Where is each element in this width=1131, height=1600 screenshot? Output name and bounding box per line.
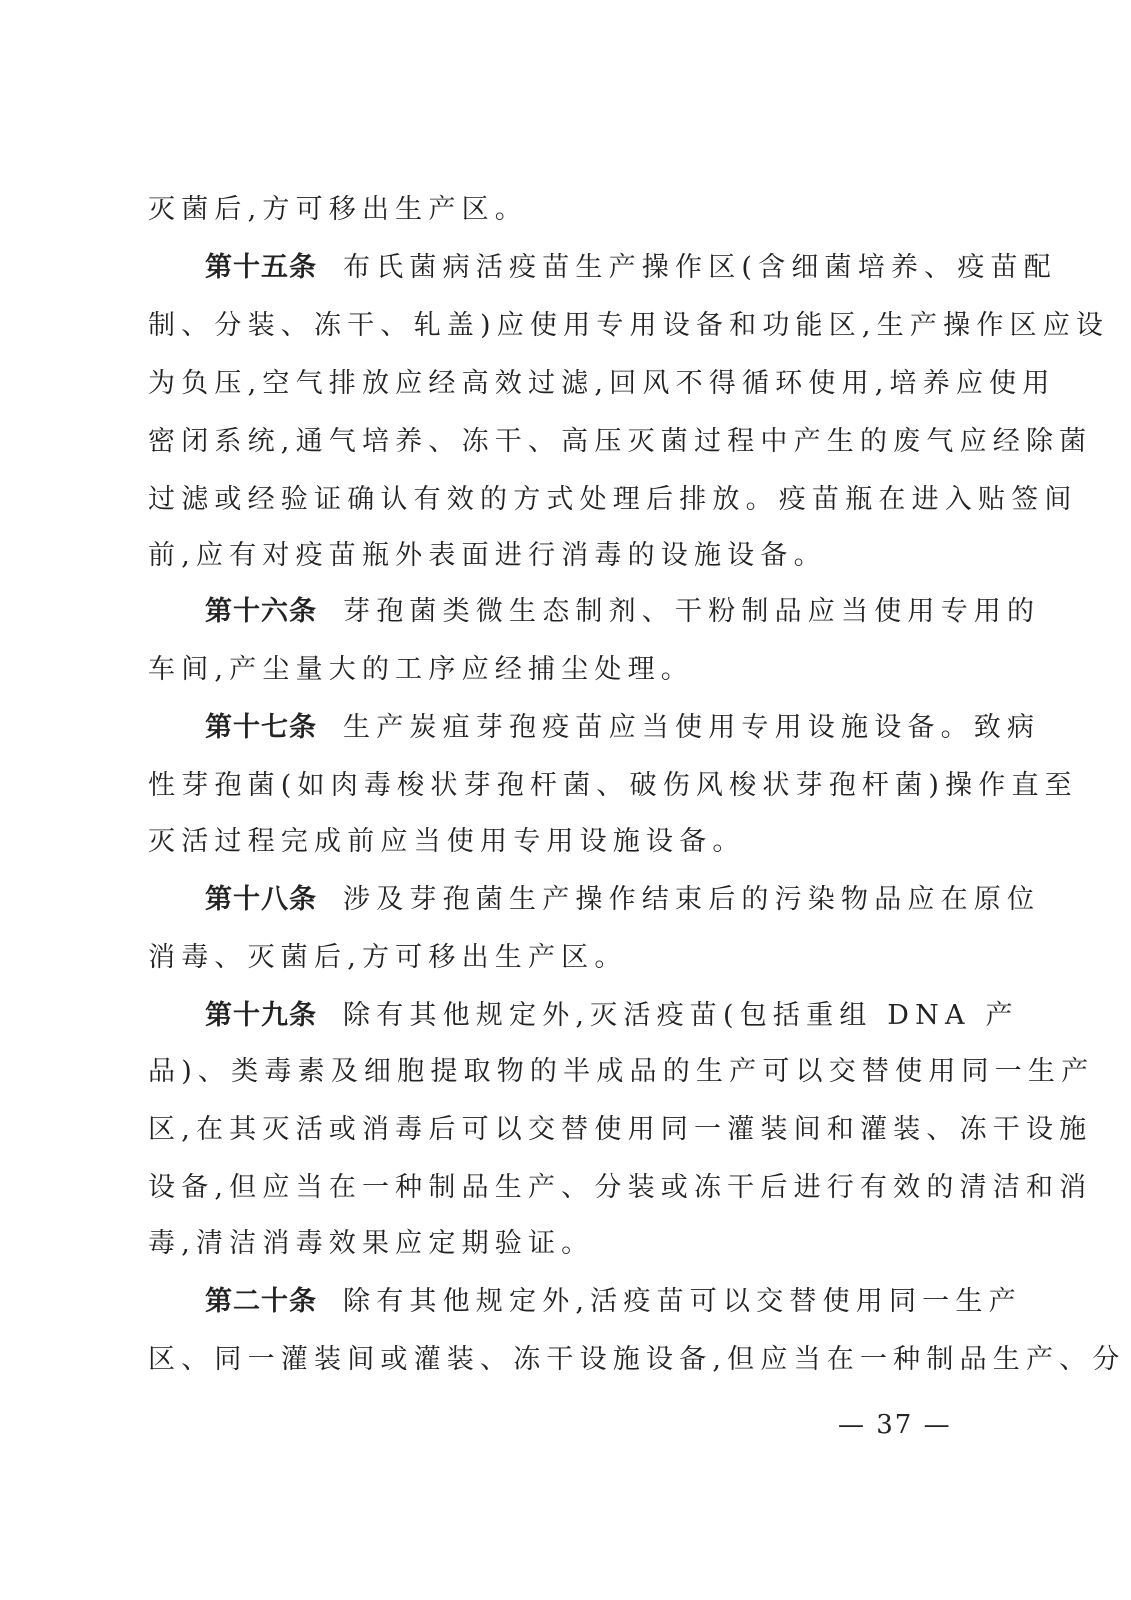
text-line: 密闭系统,通气培养、冻干、高压灭菌过程中产生的废气应经除菌 [148, 424, 968, 460]
page-number: — 37 — [838, 1410, 952, 1440]
article-15: 第十五条布氏菌病活疫苗生产操作区(含细菌培养、疫苗配 [205, 250, 1025, 286]
text-line: 灭活过程完成前应当使用专用设施设备。 [148, 824, 968, 860]
article-heading: 第十八条 [205, 884, 317, 915]
text-line: 消毒、灭菌后,方可移出生产区。 [148, 940, 968, 976]
article-heading: 第十七条 [205, 712, 317, 743]
text-line: 区、同一灌装间或灌装、冻干设施设备,但应当在一种制品生产、分 [148, 1342, 968, 1378]
article-19: 第十九条除有其他规定外,灭活疫苗(包括重组 DNA 产 [205, 998, 1025, 1034]
article-heading: 第二十条 [205, 1286, 317, 1317]
text-line: 车间,产尘量大的工序应经捕尘处理。 [148, 652, 968, 688]
article-18: 第十八条涉及芽孢菌生产操作结束后的污染物品应在原位 [205, 882, 1025, 918]
text-line: 过滤或经验证确认有效的方式处理后排放。疫苗瓶在进入贴签间 [148, 482, 968, 518]
text-line: 为负压,空气排放应经高效过滤,回风不得循环使用,培养应使用 [148, 366, 968, 402]
article-16: 第十六条芽孢菌类微生态制剂、干粉制品应当使用专用的 [205, 594, 1025, 630]
text-line: 毒,清洁消毒效果应定期验证。 [148, 1226, 968, 1262]
article-heading: 第十九条 [205, 1000, 317, 1031]
article-heading: 第十六条 [205, 596, 317, 627]
text-line: 区,在其灭活或消毒后可以交替使用同一灌装间和灌装、冻干设施 [148, 1112, 968, 1148]
text-line: 品)、类毒素及细胞提取物的半成品的生产可以交替使用同一生产 [148, 1054, 968, 1090]
text-line: 性芽孢菌(如肉毒梭状芽孢杆菌、破伤风梭状芽孢杆菌)操作直至 [148, 768, 968, 804]
text-line: 灭菌后,方可移出生产区。 [148, 192, 968, 228]
text-line: 设备,但应当在一种制品生产、分装或冻干后进行有效的清洁和消 [148, 1170, 968, 1206]
text-line: 制、分装、冻干、轧盖)应使用专用设备和功能区,生产操作区应设 [148, 308, 968, 344]
text-line: 前,应有对疫苗瓶外表面进行消毒的设施设备。 [148, 538, 968, 574]
article-17: 第十七条生产炭疽芽孢疫苗应当使用专用设施设备。致病 [205, 710, 1025, 746]
article-20: 第二十条除有其他规定外,活疫苗可以交替使用同一生产 [205, 1284, 1025, 1320]
article-heading: 第十五条 [205, 252, 317, 283]
document-page: 灭菌后,方可移出生产区。 第十五条布氏菌病活疫苗生产操作区(含细菌培养、疫苗配 … [0, 0, 1131, 1600]
